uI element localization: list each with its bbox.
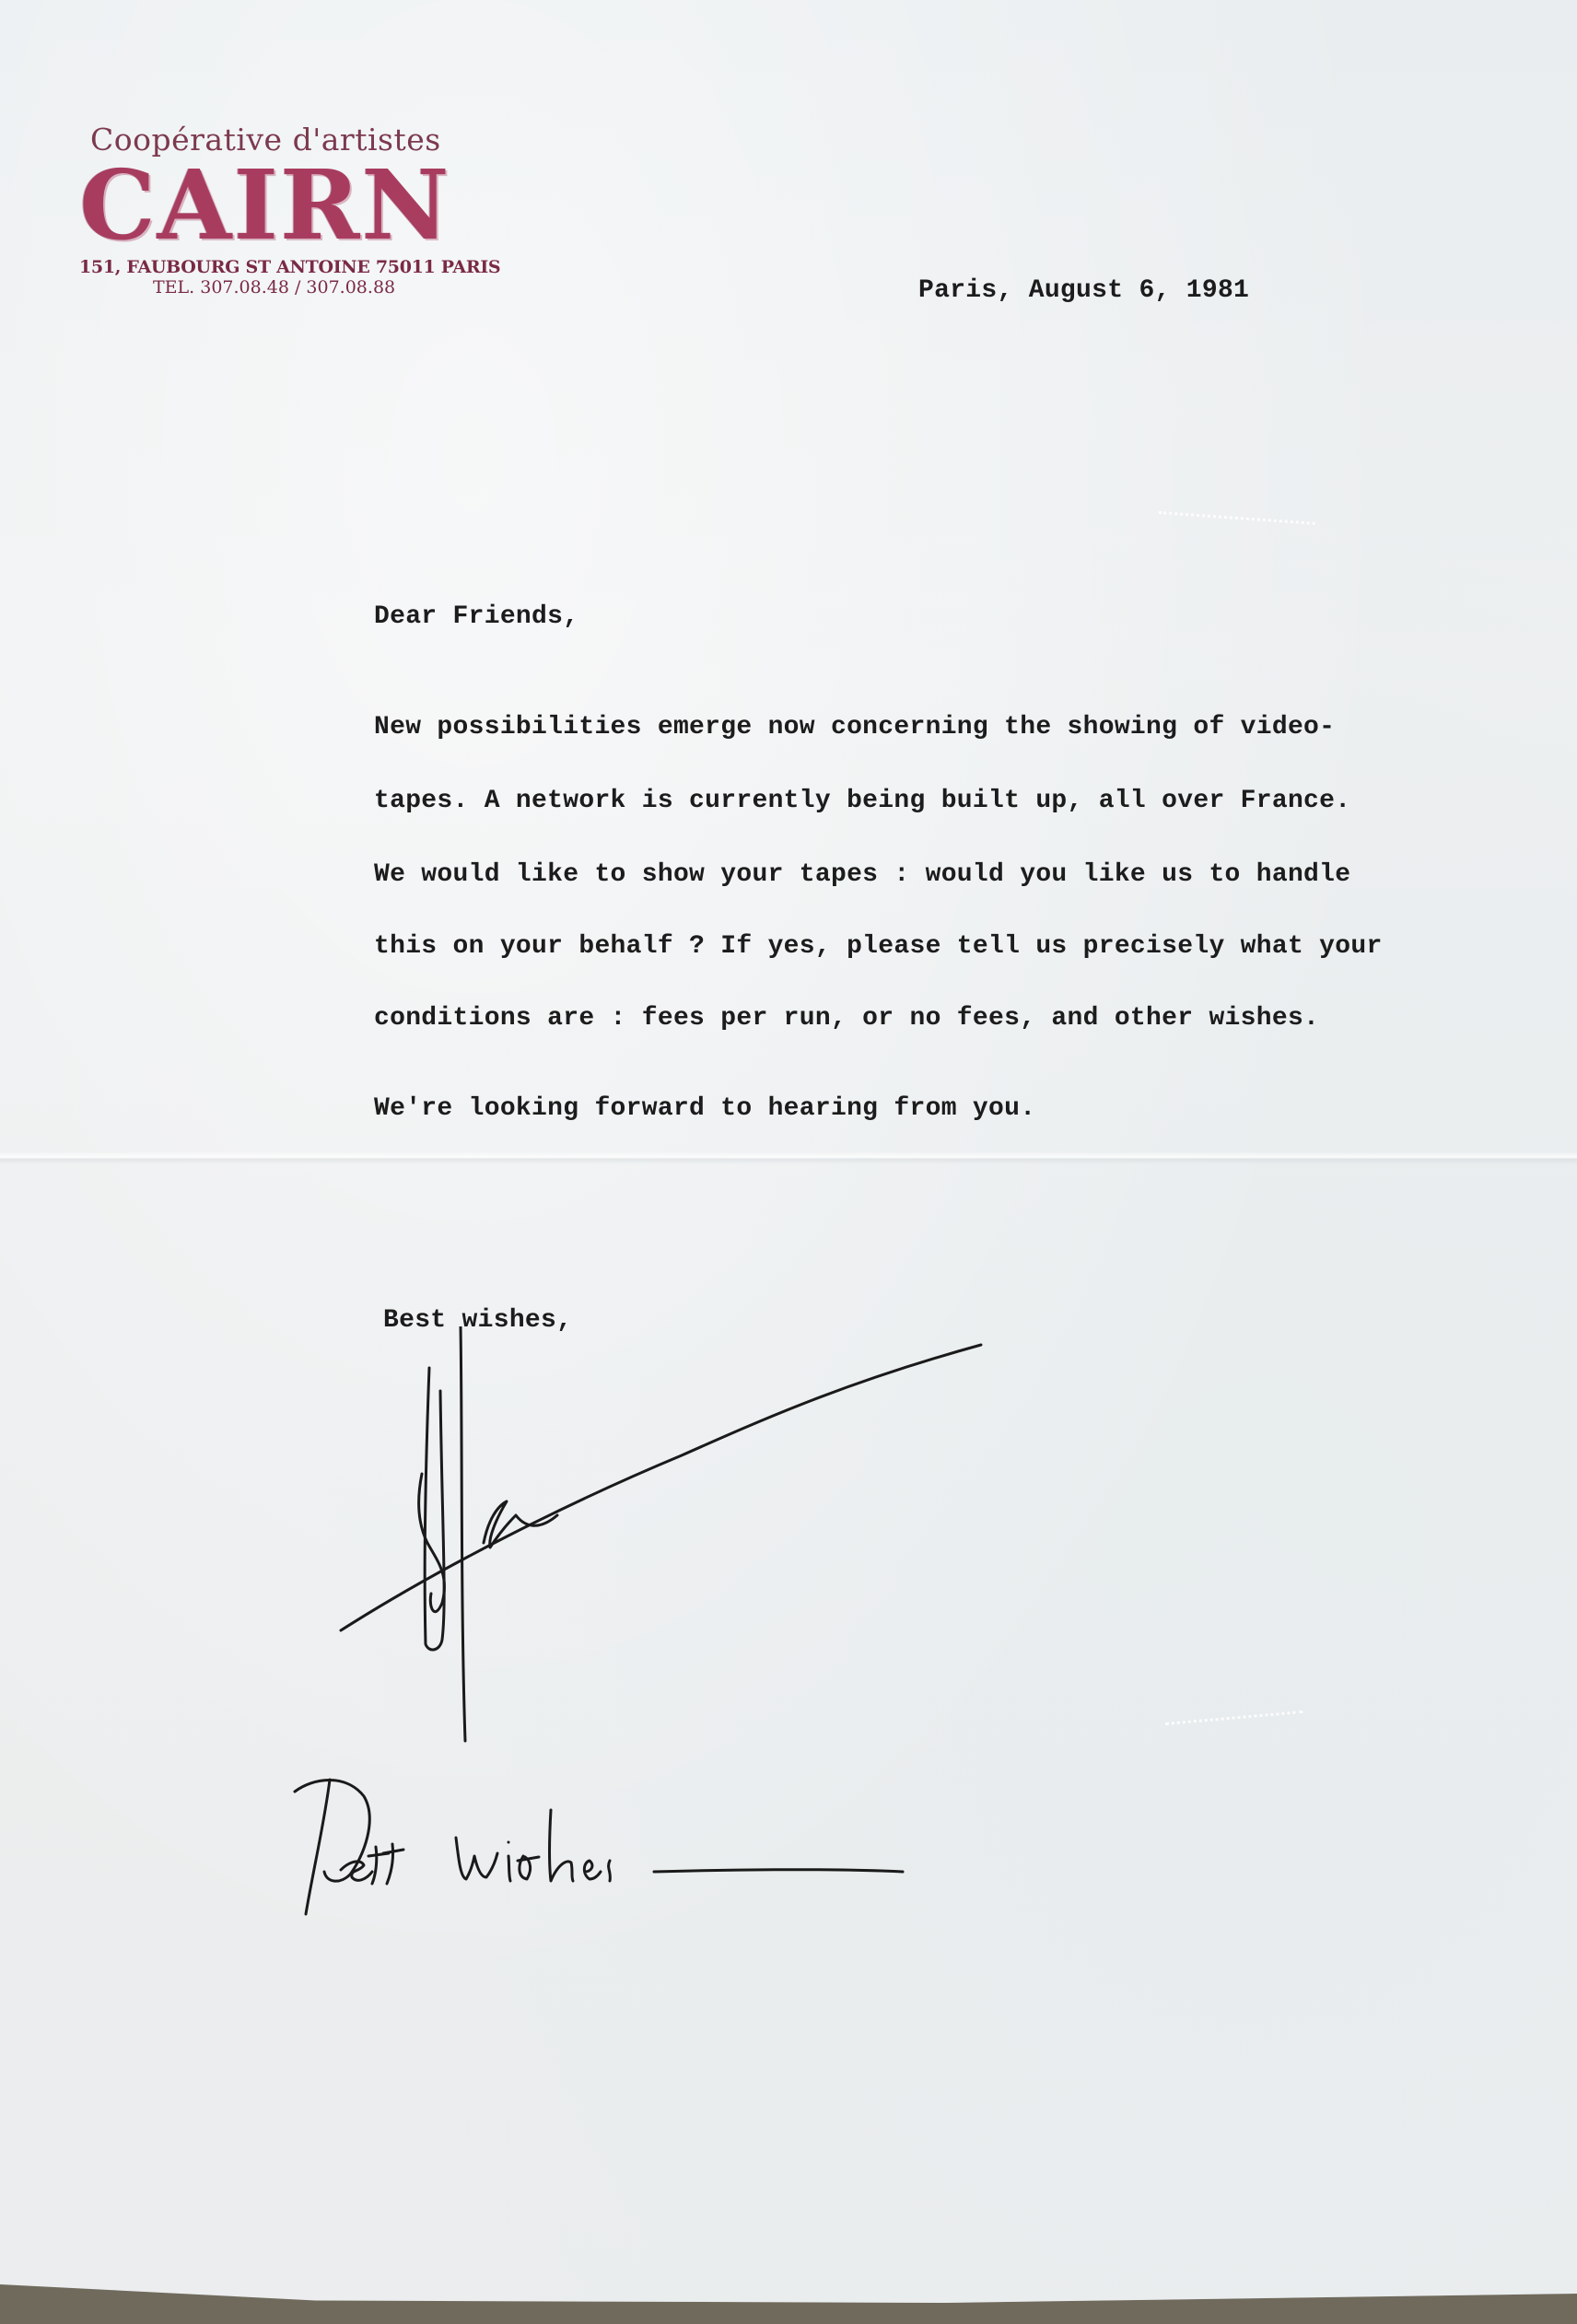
letterhead-name: CAIRN xyxy=(79,159,503,251)
body-line: conditions are : fees per run, or no fee… xyxy=(374,1004,1319,1033)
letter-page: Coopérative d'artistes CAIRN 151, FAUBOU… xyxy=(0,0,1577,2303)
paper-perforation-mark xyxy=(1159,511,1315,528)
body-line: New possibilities emerge now concerning … xyxy=(374,713,1335,742)
letter-date: Paris, August 6, 1981 xyxy=(918,276,1249,305)
letterhead-stamp: Coopérative d'artistes CAIRN 151, FAUBOU… xyxy=(79,122,503,298)
body-line: this on your behalf ? If yes, please tel… xyxy=(374,932,1383,961)
paper-fold-line xyxy=(0,1151,1577,1164)
handwritten-note-icon xyxy=(276,1769,1032,1934)
letterhead-telephone: TEL. 307.08.48 / 307.08.88 xyxy=(153,277,503,298)
body-line: We're looking forward to hearing from yo… xyxy=(374,1094,1035,1123)
letter-greeting: Dear Friends, xyxy=(374,602,578,631)
handwritten-signature-icon xyxy=(332,1326,995,1750)
body-line: tapes. A network is currently being buil… xyxy=(374,787,1350,815)
body-line: We would like to show your tapes : would… xyxy=(374,860,1350,889)
paper-perforation-mark xyxy=(1165,1711,1303,1728)
